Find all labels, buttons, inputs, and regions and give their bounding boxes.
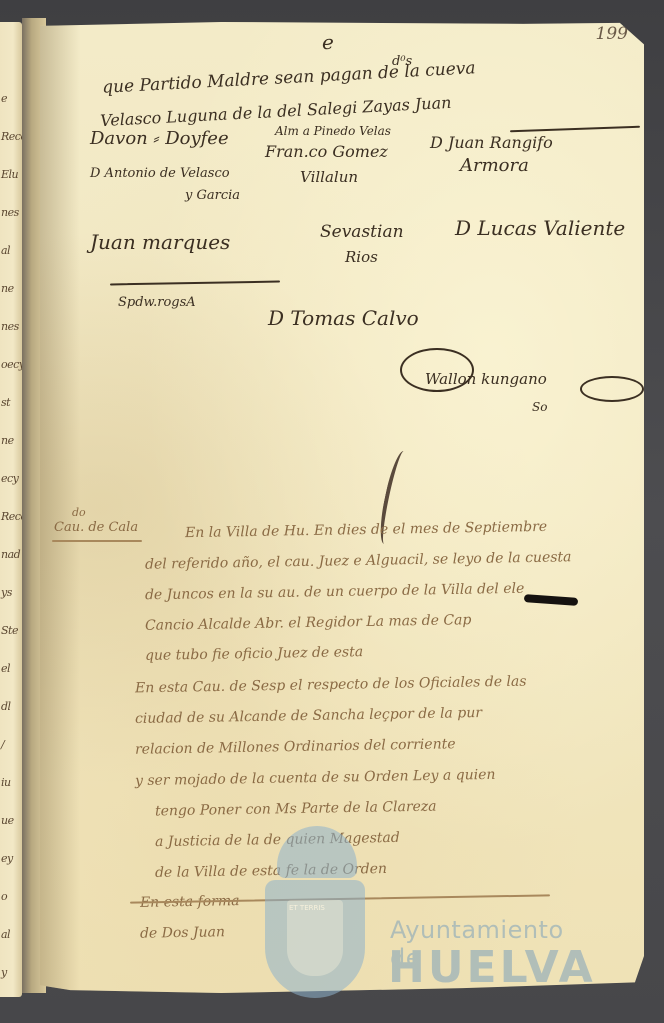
left-page-text: y	[1, 966, 7, 979]
left-page-text: o	[1, 890, 7, 903]
signature: D Lucas Valiente	[455, 216, 625, 240]
ink-underline	[510, 126, 640, 133]
signature: Rios	[345, 248, 378, 266]
signature-flourish	[580, 376, 644, 402]
body-line: a Justicia de la de quien Magestad	[155, 830, 400, 850]
left-page-text: ys	[1, 586, 12, 599]
left-page-text: nad	[1, 548, 20, 561]
left-page-text: al	[1, 928, 10, 941]
signature: y Garcia	[185, 188, 240, 203]
left-page-text: ne	[1, 282, 14, 295]
body-line: tengo Poner con Ms Parte de la Clareza	[155, 799, 437, 820]
left-page-text: oecy	[1, 358, 25, 371]
body-line: de la Villa de esta fe la de Orden	[155, 861, 387, 881]
signature-flourish	[400, 348, 474, 392]
left-page-text: /	[1, 738, 4, 751]
signature: D Tomas Calvo	[268, 306, 419, 330]
margin-note: do	[72, 506, 86, 519]
folio-number: 199	[596, 24, 628, 44]
signature: Villalun	[300, 168, 358, 186]
body-line: de Juncos en la su au. de un cuerpo de l…	[145, 581, 525, 604]
margin-underline	[52, 540, 142, 542]
left-page-text: e	[1, 92, 7, 105]
left-page-text: nes	[1, 320, 19, 333]
signature: Davon ⸗ Doyfee	[90, 128, 229, 149]
ink-blot	[524, 594, 578, 606]
margin-note: Cau. de Cala	[54, 520, 138, 535]
signature: Juan marques	[90, 230, 230, 254]
body-line: En la Villa de Hu. En dies de el mes de …	[185, 519, 547, 541]
body-line: relacion de Millones Ordinarios del corr…	[135, 736, 456, 758]
body-line: de Dos Juan	[140, 924, 225, 941]
left-page-text: nes	[1, 206, 19, 219]
body-line: ciudad de su Alcande de Sancha leçpor de…	[135, 705, 482, 727]
body-line: y ser mojado de la cuenta de su Orden Le…	[135, 767, 496, 789]
body-line: Cancio Alcalde Abr. el Regidor La mas de…	[145, 612, 472, 634]
left-page-text: ey	[1, 852, 13, 865]
left-page-text: al	[1, 244, 10, 257]
top-mark: e	[322, 30, 334, 54]
left-page-text: st	[1, 396, 10, 409]
left-page-text: dl	[1, 700, 11, 713]
signature: Spdw.rogsA	[118, 295, 196, 310]
header-line: Alm a Pinedo Velas	[275, 124, 391, 138]
left-page-text: Ste	[1, 624, 18, 637]
left-page-text: iu	[1, 776, 11, 789]
body-line: que tubo fie oficio Juez de esta	[145, 644, 363, 664]
signature: Fran.co Gomez	[265, 142, 388, 161]
body-line: En esta Cau. de Sesp el respecto de los …	[135, 674, 527, 697]
signature: Armora	[460, 155, 529, 176]
body-line: del referido año, el cau. Juez e Alguaci…	[145, 549, 572, 572]
ink-stroke	[110, 281, 280, 286]
left-page-edge: eRecoElunesalnenesoecystneecyReconadysSt…	[0, 22, 22, 997]
left-page-text: ue	[1, 814, 14, 827]
manuscript-page: 199 e d⁰s que Partido Maldre sean pagan …	[40, 20, 644, 995]
signature: D Antonio de Velasco	[90, 166, 230, 181]
left-page-text: el	[1, 662, 10, 675]
left-page-text: ecy	[1, 472, 18, 485]
header-line: que Partido Maldre sean pagan de la cuev…	[102, 58, 476, 98]
signature: So	[532, 400, 547, 414]
signature: Sevastian	[320, 222, 404, 242]
signature: D Juan Rangifo	[430, 133, 553, 152]
left-page-text: Elu	[1, 168, 18, 181]
left-page-text: ne	[1, 434, 14, 447]
